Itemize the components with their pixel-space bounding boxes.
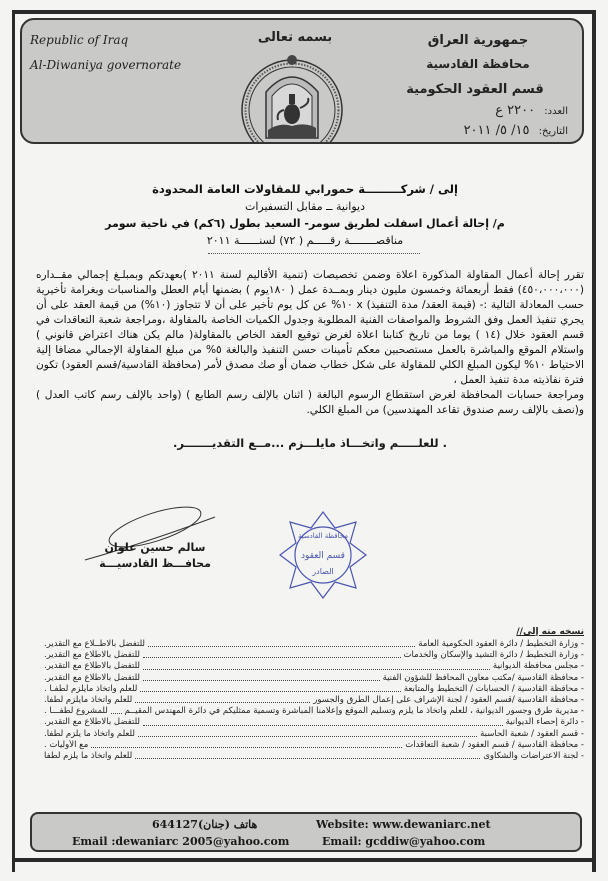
stamp-bottom-text: الصادر <box>311 567 333 576</box>
subject-divider <box>208 253 420 254</box>
copy-recipient-action: للعلم واتخاذ مايلزم لطفـا . <box>36 684 137 695</box>
body-paragraph-2: ومراجعة حسابات المحافظة لغرض استقطاع الر… <box>36 388 584 418</box>
footer-email-2: Email: gcddiw@yahoo.com <box>322 835 485 848</box>
copy-recipient-action: مع الأوليات . <box>36 740 88 751</box>
copy-recipient-name: - محافظة القادسية / الحسابات / التخطيط و… <box>404 684 584 695</box>
document-number-label: العدد: <box>544 106 568 117</box>
footer-website: Website: www.dewaniarc.net <box>316 818 491 831</box>
copy-recipient-action: للتفضل بالاطلاع مع التقدير. <box>36 673 140 684</box>
copy-recipient-name: - دائرة إحصاء الديوانية <box>506 717 584 728</box>
leader-dots <box>111 706 122 714</box>
copy-recipient-action: للتفضل بالاطلاع مع التقدير. <box>36 650 140 661</box>
footer-email-1: Email :dewaniarc 2005@yahoo.com <box>72 835 289 848</box>
footer-phone: 644127هاتف (جنان) <box>152 818 257 831</box>
copy-recipient-action: للتفضل بالاطــلاع مع التقدير. <box>36 639 145 650</box>
copy-recipient: - لجنة الاعتراضات والشكاوىللعلم واتخاذ م… <box>36 751 584 762</box>
stamp-top-text: محافظة القادسية <box>298 532 348 540</box>
copy-recipient-action: للعلم واتخاذ ما يلزم لطفا. <box>36 729 135 740</box>
copy-recipient-name: - وزارة التخطيط / دائرة التشيد والإسكان … <box>404 650 584 661</box>
document-date: التاريخ: ١٥/ ٥/ ٢٠١١ <box>464 123 568 138</box>
copy-recipient: - وزارة التخطيط / دائرة التشيد والإسكان … <box>36 650 584 661</box>
copies-list: نسخه منه إلى// - وزارة التخطيط / دائرة ا… <box>36 627 584 762</box>
addressee-location: ديوانية ــ مقابل التسفيرات <box>60 200 550 213</box>
copy-recipient-name: - وزارة التخطيط / دائرة العقود الحكومية … <box>418 639 584 650</box>
leader-dots <box>143 650 401 658</box>
leader-dots <box>135 695 310 703</box>
body-paragraph-1: تقرر إحالة أعمال المقاولة المذكورة اعلاة… <box>36 268 584 388</box>
tender-number: مناقصــــــــة رقـــــم ( ٧٢) لسنــــــة… <box>60 234 550 247</box>
letterhead-governorate-ar: محافظة القادسية <box>408 57 548 71</box>
leader-dots <box>91 740 402 748</box>
letter-body: تقرر إحالة أعمال المقاولة المذكورة اعلاة… <box>36 268 584 418</box>
copy-recipient-name: - مديرية طرق وجسور الديوانية ، للعلم وات… <box>125 706 584 717</box>
copy-recipient: - دائرة إحصاء الديوانيةللتفضل بالاطلاع م… <box>36 717 584 728</box>
leader-dots <box>138 729 477 737</box>
official-stamp-icon: محافظة القادسية قسم العقود الصادر <box>278 510 368 600</box>
copy-recipient: - مديرية طرق وجسور الديوانية ، للعلم وات… <box>36 706 584 717</box>
subject-line: م/ إحالة أعمال اسفلت لطريق سومر- السعيد … <box>60 217 550 230</box>
leader-dots <box>143 661 490 669</box>
letterhead-english-country: Republic of Iraq <box>30 33 128 47</box>
addressee: إلى / شركـــــــــة حمورابي للمقاولات ال… <box>60 182 550 196</box>
document-number: العدد: ٢٢٠٠ ع <box>495 103 568 118</box>
leader-dots <box>140 684 400 692</box>
governorate-emblem-icon <box>236 52 348 142</box>
copy-recipient-name: - قسم العقود / شعبة الحاسبة <box>480 729 584 740</box>
copy-recipient-action: للمشروع لطفـــا . <box>36 706 108 717</box>
leader-dots <box>148 639 415 647</box>
copy-recipient: - محافظة القادسية /قسم العقود / لجنة الإ… <box>36 695 584 706</box>
copy-recipient: - محافظة القادسية / الحسابات / التخطيط و… <box>36 684 584 695</box>
copy-recipient-name: - مجلس محافظة الديوانية <box>493 661 584 672</box>
leader-dots <box>143 673 380 681</box>
letterhead-english-governorate: Al-Diwaniya governorate <box>30 58 181 72</box>
copy-recipient: - مجلس محافظة الديوانيةللتفضل بالاطلاع م… <box>36 661 584 672</box>
copy-recipient-name: - محافظة القادسية /مكتب معاون المحافظ لل… <box>383 673 584 684</box>
letterhead-country-ar: جمهورية العراق <box>408 33 548 48</box>
copy-recipient-name: - محافظة القادسية / قسم العقود / شعبة ال… <box>405 740 584 751</box>
signature-block: سالم حسين علوان محافـــظ القادسيـــة <box>90 540 220 572</box>
copy-recipient-action: للعلم واتخاذ ما يلزم لطفا <box>36 751 132 762</box>
document-date-value: ١٥/ ٥/ ٢٠١١ <box>464 123 530 138</box>
copy-recipient: - محافظة القادسية /مكتب معاون المحافظ لل… <box>36 673 584 684</box>
letter-footer: 644127هاتف (جنان) Email :dewaniarc 2005@… <box>30 812 582 852</box>
copy-recipient-action: للتفضل بالاطلاع مع التقدير. <box>36 661 140 672</box>
basmala: بسمه تعالى <box>245 30 345 45</box>
page-bottom-rule <box>12 858 596 862</box>
leader-dots <box>143 717 503 725</box>
copy-recipient: - قسم العقود / شعبة الحاسبةللعلم واتخاذ … <box>36 729 584 740</box>
signatory-name: سالم حسين علوان <box>90 540 220 556</box>
copy-recipient-action: للعلم واتخاذ مايلزم لطفا. <box>36 695 132 706</box>
leader-dots <box>135 751 480 759</box>
letterhead-department-ar: قسم العقود الحكومية <box>390 82 560 97</box>
copy-recipient-action: للتفضل بالاطلاع مع التقدير. <box>36 717 140 728</box>
document-date-label: التاريخ: <box>539 126 568 137</box>
copy-recipient-name: - لجنة الاعتراضات والشكاوى <box>483 751 584 762</box>
copy-recipient: - محافظة القادسية / قسم العقود / شعبة ال… <box>36 740 584 751</box>
signatory-title: محافـــظ القادسيـــة <box>90 556 220 572</box>
stamp-middle-text: قسم العقود <box>301 551 345 561</box>
closing-line: . للعلـــــم واتخـــاذ مايلـــزم ...مــع… <box>120 436 500 450</box>
copies-title: نسخه منه إلى// <box>36 627 584 637</box>
copy-recipient-name: - محافظة القادسية /قسم العقود / لجنة الإ… <box>313 695 584 706</box>
copy-recipient: - وزارة التخطيط / دائرة العقود الحكومية … <box>36 639 584 650</box>
document-number-value: ٢٢٠٠ ع <box>495 103 535 118</box>
